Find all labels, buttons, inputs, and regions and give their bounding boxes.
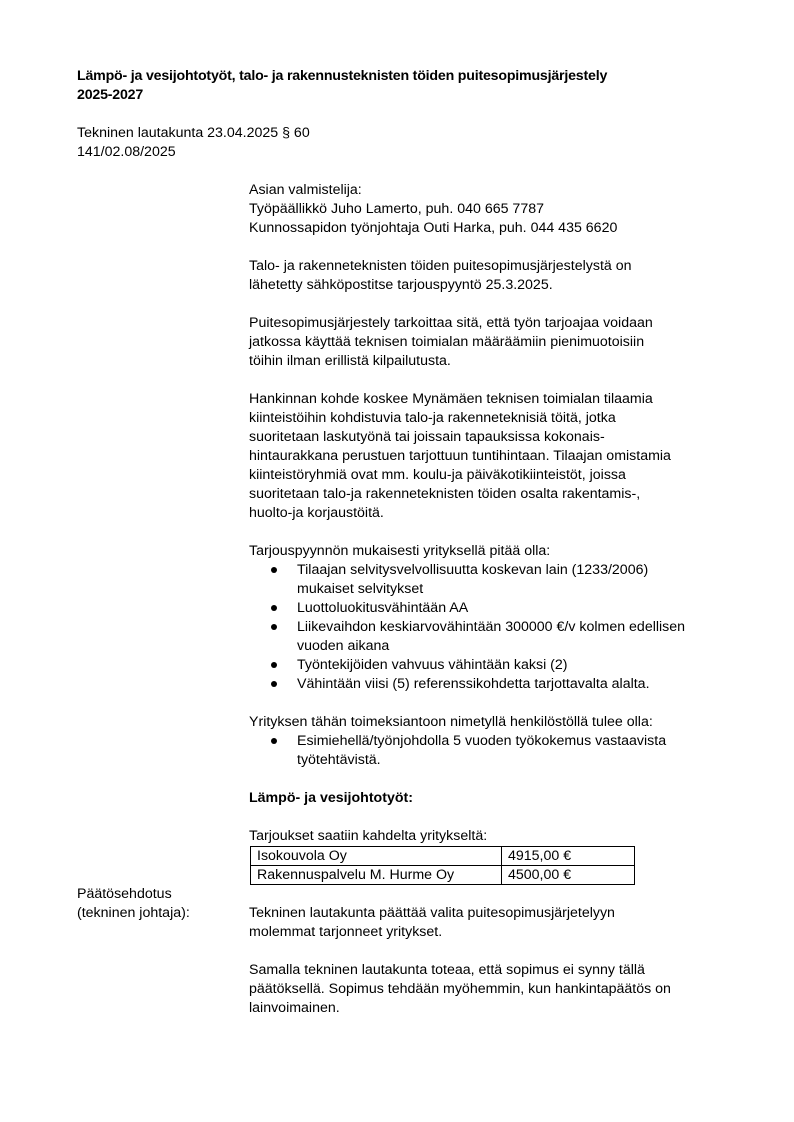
paragraph-line: päätöksellä. Sopimus tehdään myöhemmin, …: [249, 980, 749, 999]
bullet-icon: [271, 605, 277, 611]
requirement-item: Tilaajan selvitysvelvollisuutta koskevan…: [249, 561, 749, 599]
paragraph-line: kiinteistöihin kohdistuvia talo-ja raken…: [249, 409, 749, 428]
preparer-2: Kunnossapidon työnjohtaja Outi Harka, pu…: [249, 219, 749, 238]
requirement-text: Liikevaihdon keskiarvovähintään 300000 €…: [297, 618, 749, 637]
staff-requirements: Yrityksen tähän toimeksiantoon nimetyllä…: [249, 713, 749, 770]
paragraph-line: kiinteistöryhmiä ovat mm. koulu-ja päivä…: [249, 466, 749, 485]
bullet-icon: [271, 681, 277, 687]
offer-price: 4915,00 €: [502, 847, 635, 866]
paragraph-line: Puitesopimusjärjestely tarkoittaa sitä, …: [249, 314, 749, 333]
paragraph-line: lähetetty sähköpostitse tarjouspyyntö 25…: [249, 276, 749, 295]
title-line-1: Lämpö- ja vesijohtotyöt, talo- ja rakenn…: [77, 67, 757, 86]
bullet-icon: [271, 567, 277, 573]
table-row: Rakennuspalvelu M. Hurme Oy 4500,00 €: [251, 866, 635, 885]
section-heading-text: Lämpö- ja vesijohtotyöt:: [249, 789, 749, 808]
paragraph-line: suoritetaan talo-ja rakenneteknisten töi…: [249, 485, 749, 504]
requirement-item: Luottoluokitusvähintään AA: [249, 599, 749, 618]
paragraph-line: huolto-ja korjaustöitä.: [249, 504, 749, 523]
bullet-icon: [271, 662, 277, 668]
paragraph-line: molemmat tarjonneet yritykset.: [249, 923, 749, 942]
proposal-decision: Tekninen lautakunta päättää valita puite…: [249, 904, 749, 942]
paragraph-line: Samalla tekninen lautakunta toteaa, että…: [249, 961, 749, 980]
table-row: Isokouvola Oy 4915,00 €: [251, 847, 635, 866]
offer-company: Isokouvola Oy: [251, 847, 502, 866]
requirement-text: Tilaajan selvitysvelvollisuutta koskevan…: [297, 561, 749, 580]
paragraph-line: Talo- ja rakenneteknisten töiden puiteso…: [249, 257, 749, 276]
preparers-label: Asian valmistelija:: [249, 181, 749, 200]
meeting-reference: Tekninen lautakunta 23.04.2025 § 60: [77, 124, 310, 143]
paragraph-line: lainvoimainen.: [249, 999, 749, 1018]
document-title: Lämpö- ja vesijohtotyöt, talo- ja rakenn…: [77, 67, 757, 105]
paragraph-line: Hankinnan kohde koskee Mynämäen teknisen…: [249, 390, 749, 409]
paragraph-line: hintaurakkana perustuen tarjottuun tunti…: [249, 447, 749, 466]
paragraph-line: suoritetaan laskutyönä tai joissain tapa…: [249, 428, 749, 447]
offers-block: Tarjoukset saatiin kahdelta yritykseltä:…: [249, 827, 749, 885]
paragraph-line: jatkossa käyttää teknisen toimialan määr…: [249, 333, 749, 352]
offer-price: 4500,00 €: [502, 866, 635, 885]
paragraph-procurement-scope: Hankinnan kohde koskee Mynämäen teknisen…: [249, 390, 749, 523]
preparer-1: Työpäällikkö Juho Lamerto, puh. 040 665 …: [249, 200, 749, 219]
paragraph-line: Tekninen lautakunta päättää valita puite…: [249, 904, 749, 923]
preparers-block: Asian valmistelija: Työpäällikkö Juho La…: [249, 181, 749, 238]
record-number: 141/02.08/2025: [77, 143, 310, 162]
requirement-text: Työntekijöiden vahvuus vähintään kaksi (…: [297, 656, 749, 675]
staff-requirements-intro: Yrityksen tähän toimeksiantoon nimetyllä…: [249, 713, 749, 732]
offer-company: Rakennuspalvelu M. Hurme Oy: [251, 866, 502, 885]
offers-table: Isokouvola Oy 4915,00 € Rakennuspalvelu …: [250, 846, 635, 885]
proposal-label: Päätösehdotus (tekninen johtaja):: [77, 885, 190, 923]
bullet-icon: [271, 624, 277, 630]
proposal-label-line: (tekninen johtaja):: [77, 904, 190, 923]
paragraph-framework-meaning: Puitesopimusjärjestely tarkoittaa sitä, …: [249, 314, 749, 371]
proposal-label-line: Päätösehdotus: [77, 885, 190, 904]
company-requirements-intro: Tarjouspyynnön mukaisesti yrityksellä pi…: [249, 542, 749, 561]
requirement-text: työtehtävistä.: [297, 751, 749, 770]
offers-intro: Tarjoukset saatiin kahdelta yritykseltä:: [249, 827, 749, 846]
paragraph-request-sent: Talo- ja rakenneteknisten töiden puiteso…: [249, 257, 749, 295]
requirement-text: Luottoluokitusvähintään AA: [297, 599, 749, 618]
proposal-note: Samalla tekninen lautakunta toteaa, että…: [249, 961, 749, 1018]
requirement-item: Liikevaihdon keskiarvovähintään 300000 €…: [249, 618, 749, 656]
title-line-2: 2025-2027: [77, 86, 757, 105]
requirement-text: Vähintään viisi (5) referenssikohdetta t…: [297, 675, 749, 694]
requirement-text: Esimiehellä/työnjohdolla 5 vuoden työkok…: [297, 732, 749, 751]
document-page: Lämpö- ja vesijohtotyöt, talo- ja rakenn…: [0, 0, 794, 1122]
section-heading: Lämpö- ja vesijohtotyöt:: [249, 789, 749, 808]
requirement-item: Työntekijöiden vahvuus vähintään kaksi (…: [249, 656, 749, 675]
company-requirements: Tarjouspyynnön mukaisesti yrityksellä pi…: [249, 542, 749, 694]
requirement-item: Vähintään viisi (5) referenssikohdetta t…: [249, 675, 749, 694]
company-requirements-list: Tilaajan selvitysvelvollisuutta koskevan…: [249, 561, 749, 694]
proposal-body: Tekninen lautakunta päättää valita puite…: [249, 904, 749, 1018]
staff-requirements-list: Esimiehellä/työnjohdolla 5 vuoden työkok…: [249, 732, 749, 770]
bullet-icon: [271, 738, 277, 744]
requirement-text: vuoden aikana: [297, 637, 749, 656]
paragraph-line: töihin ilman erillistä kilpailutusta.: [249, 352, 749, 371]
requirement-text: mukaiset selvitykset: [297, 580, 749, 599]
requirement-item: Esimiehellä/työnjohdolla 5 vuoden työkok…: [249, 732, 749, 770]
meeting-meta: Tekninen lautakunta 23.04.2025 § 60 141/…: [77, 124, 310, 162]
document-body: Asian valmistelija: Työpäällikkö Juho La…: [249, 181, 749, 885]
